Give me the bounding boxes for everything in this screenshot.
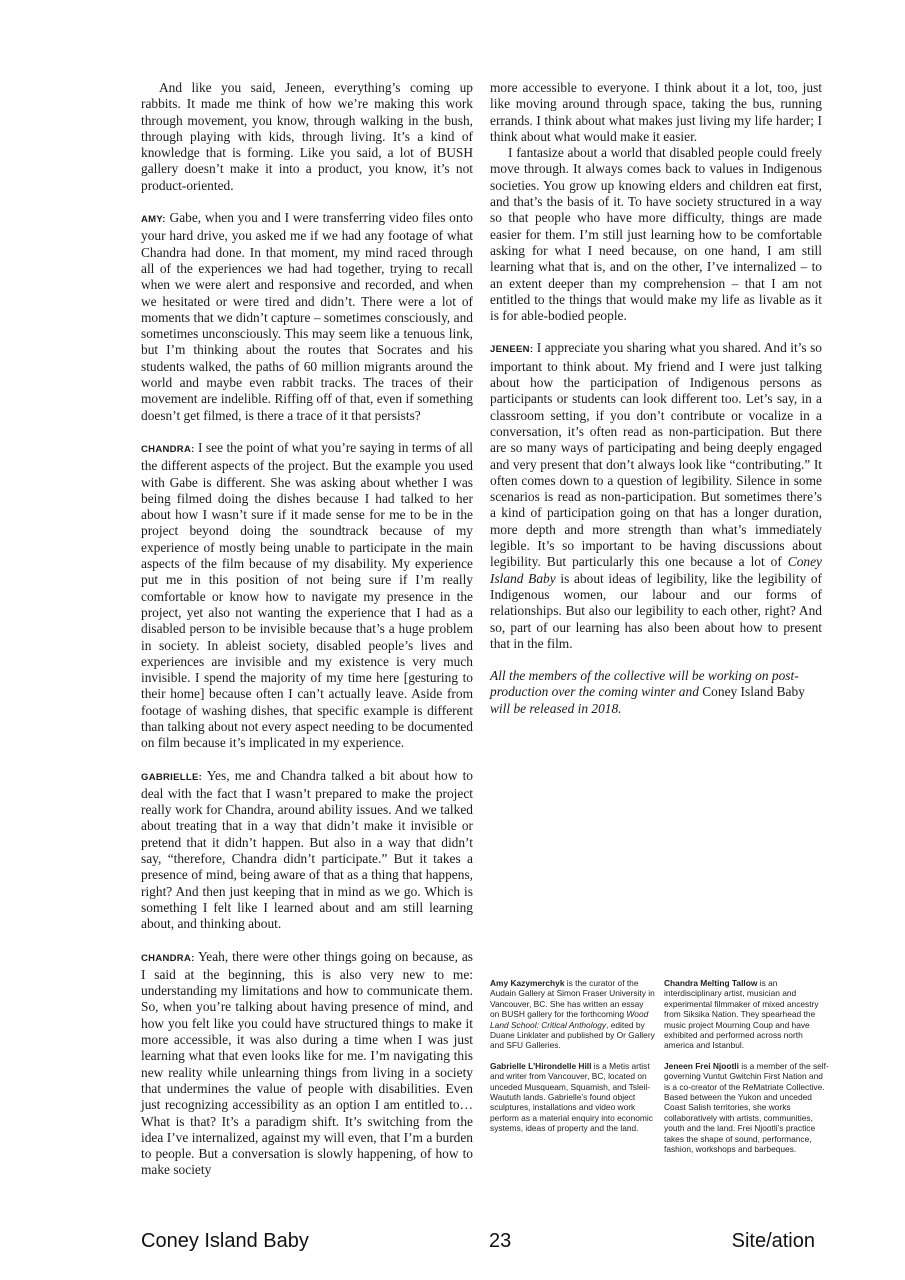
film-title: Coney Island Baby [702,684,805,699]
footer-section-title: Site/ation [732,1230,815,1253]
bio-text: is a Metis artist and writer from Vancou… [490,1061,653,1133]
speaker-label: JENEEN: [490,342,533,358]
speech-chandra-1: CHANDRA: I see the point of what you’re … [141,440,473,752]
bio-gabrielle-hill: Gabrielle L’Hirondelle Hill is a Metis a… [490,1061,655,1134]
speech-gabrielle: GABRIELLE: Yes, me and Chandra talked a … [141,768,473,933]
speaker-label: GABRIELLE: [141,770,202,786]
speech-amy: AMY: Gabe, when you and I were transferr… [141,210,473,424]
speech-text: Yes, me and Chandra talked a bit about h… [141,768,473,932]
closing-note: All the members of the collective will b… [490,668,822,717]
footer-publication-title: Coney Island Baby [141,1230,309,1253]
left-column: And like you said, Jeneen, everything’s … [141,80,473,1179]
speech-text: Yeah, there were other things going on b… [141,949,473,1178]
closing-note-text-end: will be released in 2018. [490,701,622,716]
continuation-paragraph: more accessible to everyone. I think abo… [490,80,822,145]
bio-text: is a member of the self-governing Vuntut… [664,1061,829,1154]
right-column: more accessible to everyone. I think abo… [490,80,822,717]
speech-text: Gabe, when you and I were transferring v… [141,210,473,423]
bio-name: Chandra Melting Tallow [664,978,757,988]
bio-name: Amy Kazymerchyk [490,978,564,988]
second-paragraph: I fantasize about a world that disabled … [490,145,822,324]
bio-jeneen-frei-njootli: Jeneen Frei Njootli is a member of the s… [664,1061,829,1155]
speaker-label: CHANDRA: [141,951,195,967]
bio-name: Gabrielle L’Hirondelle Hill [490,1061,591,1071]
speech-text: I see the point of what you’re saying in… [141,440,473,750]
bio-chandra-melting-tallow: Chandra Melting Tallow is an interdiscip… [664,978,829,1051]
intro-paragraph: And like you said, Jeneen, everything’s … [141,80,473,194]
speech-jeneen: JENEEN: I appreciate you sharing what yo… [490,340,822,652]
speech-chandra-2: CHANDRA: Yeah, there were other things g… [141,949,473,1179]
bio-name: Jeneen Frei Njootli [664,1061,739,1071]
speaker-label: AMY: [141,212,166,228]
bio-amy-kazymerchyk: Amy Kazymerchyk is the curator of the Au… [490,978,655,1051]
speaker-label: CHANDRA: [141,442,195,458]
bio-text: is an interdisciplinary artist, musician… [664,978,819,1050]
bios-left-column: Amy Kazymerchyk is the curator of the Au… [490,978,655,1144]
page-number: 23 [489,1230,511,1253]
speech-text: I appreciate you sharing what you shared… [490,340,822,569]
bios-right-column: Chandra Melting Tallow is an interdiscip… [664,978,829,1165]
